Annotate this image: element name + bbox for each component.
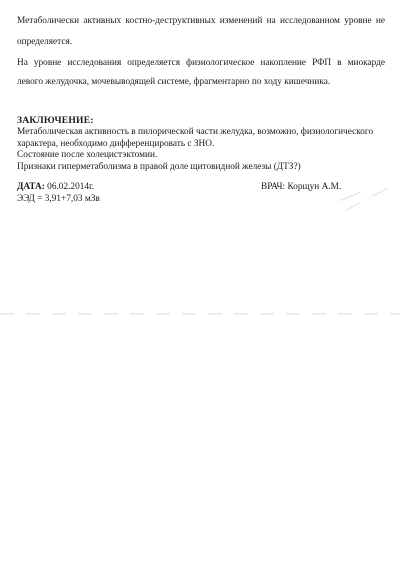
date-line: ДАТА: 06.02.2014г. — [17, 182, 94, 192]
findings-paragraph-2-line-1: На уровне исследования определяется физи… — [17, 56, 385, 70]
conclusion-line: Признаки гиперметаболизма в правой доле … — [17, 162, 387, 174]
date-value: 06.02.2014г. — [47, 182, 94, 192]
conclusion-line: характера, необходимо дифференцировать с… — [17, 139, 387, 151]
doctor-line: ВРАЧ: Корщун А.М. — [261, 182, 341, 192]
findings-paragraph-2-line-2: левого желудочка, мочевыводящей системе,… — [17, 75, 385, 89]
scan-artifact-line — [0, 313, 400, 315]
doctor-name: Корщун А.М. — [287, 182, 341, 192]
findings-paragraph-1-line-2: определяется. — [17, 35, 385, 49]
findings-paragraph-1-line-1: Метаболически активных костно-деструктив… — [17, 14, 385, 28]
date-label: ДАТА: — [17, 182, 45, 192]
conclusion-heading: ЗАКЛЮЧЕНИЕ: — [17, 115, 94, 126]
conclusion-text: Метаболическая активность в пилорической… — [17, 127, 387, 173]
signature-stroke — [372, 188, 388, 197]
signature-stroke — [346, 202, 360, 211]
document-page: Метаболически активных костно-деструктив… — [0, 0, 400, 588]
conclusion-line: Метаболическая активность в пилорической… — [17, 127, 387, 139]
conclusion-line: Состояние после холецистэктомии. — [17, 150, 387, 162]
signature-stroke — [340, 192, 361, 201]
doctor-label: ВРАЧ: — [261, 182, 285, 192]
effective-dose: ЭЭД = 3,91+7,03 мЗв — [17, 194, 100, 204]
